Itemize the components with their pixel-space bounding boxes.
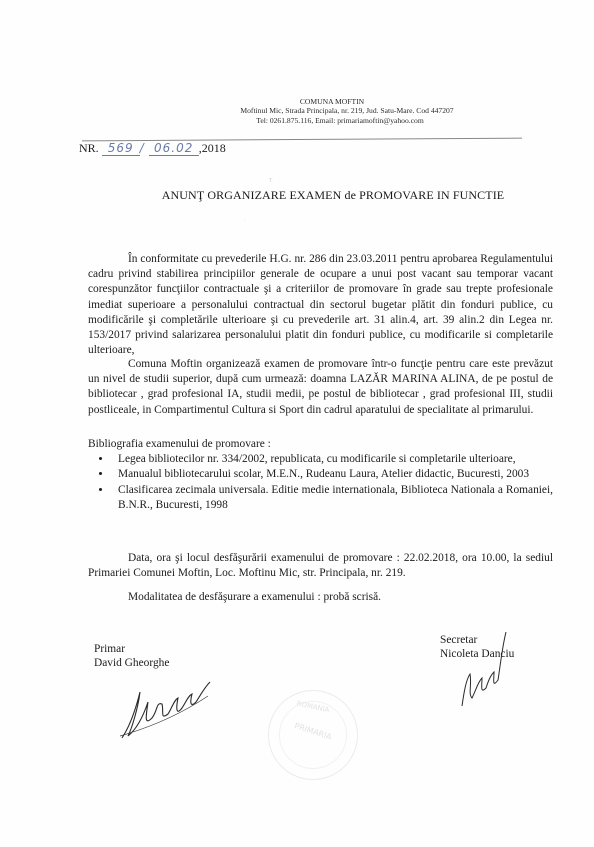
secretary-signature [458, 628, 508, 714]
registration-number: NR. 569/06.02,2018 [79, 141, 226, 156]
paragraph-exam-mode: Modalitatea de desfăşurare a examenului … [88, 590, 553, 605]
letterhead: COMUNA MOFTIN Moftinul Mic, Strada Princ… [0, 97, 594, 125]
letterhead-address: Moftinul Mic, Strada Principala, nr. 219… [0, 106, 594, 115]
bibliography: Bibliografia examenului de promovare : L… [88, 437, 553, 513]
document-page: ᵀ · COMUNA MOFTIN Moftinul Mic, Strada P… [0, 0, 594, 847]
document-title: ANUNŢ ORGANIZARE EXAMEN de PROMOVARE IN … [0, 188, 594, 203]
letterhead-contact: Tel: 0261.875.116, Email: primariamoftin… [0, 116, 594, 125]
scan-speck: ᵀ [269, 176, 272, 186]
scan-speck: · [244, 218, 246, 224]
bibliography-item: Manualul bibliotecarului scolar, M.E.N.,… [112, 467, 553, 482]
paragraph-legal-basis: În conformitate cu prevederile H.G. nr. … [88, 252, 553, 358]
registration-year: ,2018 [199, 141, 226, 155]
paragraph-announcement: Comuna Moftin organizează examen de prom… [88, 357, 553, 418]
registration-prefix: NR. [79, 141, 99, 155]
signatory-role: Primar [94, 642, 169, 656]
bibliography-item: Legea bibliotecilor nr. 334/2002, republ… [112, 452, 553, 467]
registration-number-handwritten: 569 [102, 142, 140, 156]
official-stamp: ROMANIA PRIMARIA [268, 690, 358, 780]
registration-date-handwritten: 06.02 [149, 142, 199, 156]
signatory-mayor: Primar David Gheorghe [94, 642, 169, 670]
bibliography-list: Legea bibliotecilor nr. 334/2002, republ… [88, 452, 553, 513]
paragraph-exam-details: Data, ora şi locul desfăşurării examenul… [88, 551, 553, 581]
letterhead-title: COMUNA MOFTIN [0, 97, 594, 106]
registration-separator: / [140, 142, 145, 155]
bibliography-heading: Bibliografia examenului de promovare : [88, 437, 553, 452]
signatory-name: David Gheorghe [94, 656, 169, 670]
mayor-signature [118, 678, 218, 742]
bibliography-item: Clasificarea zecimala universala. Editie… [112, 483, 553, 513]
